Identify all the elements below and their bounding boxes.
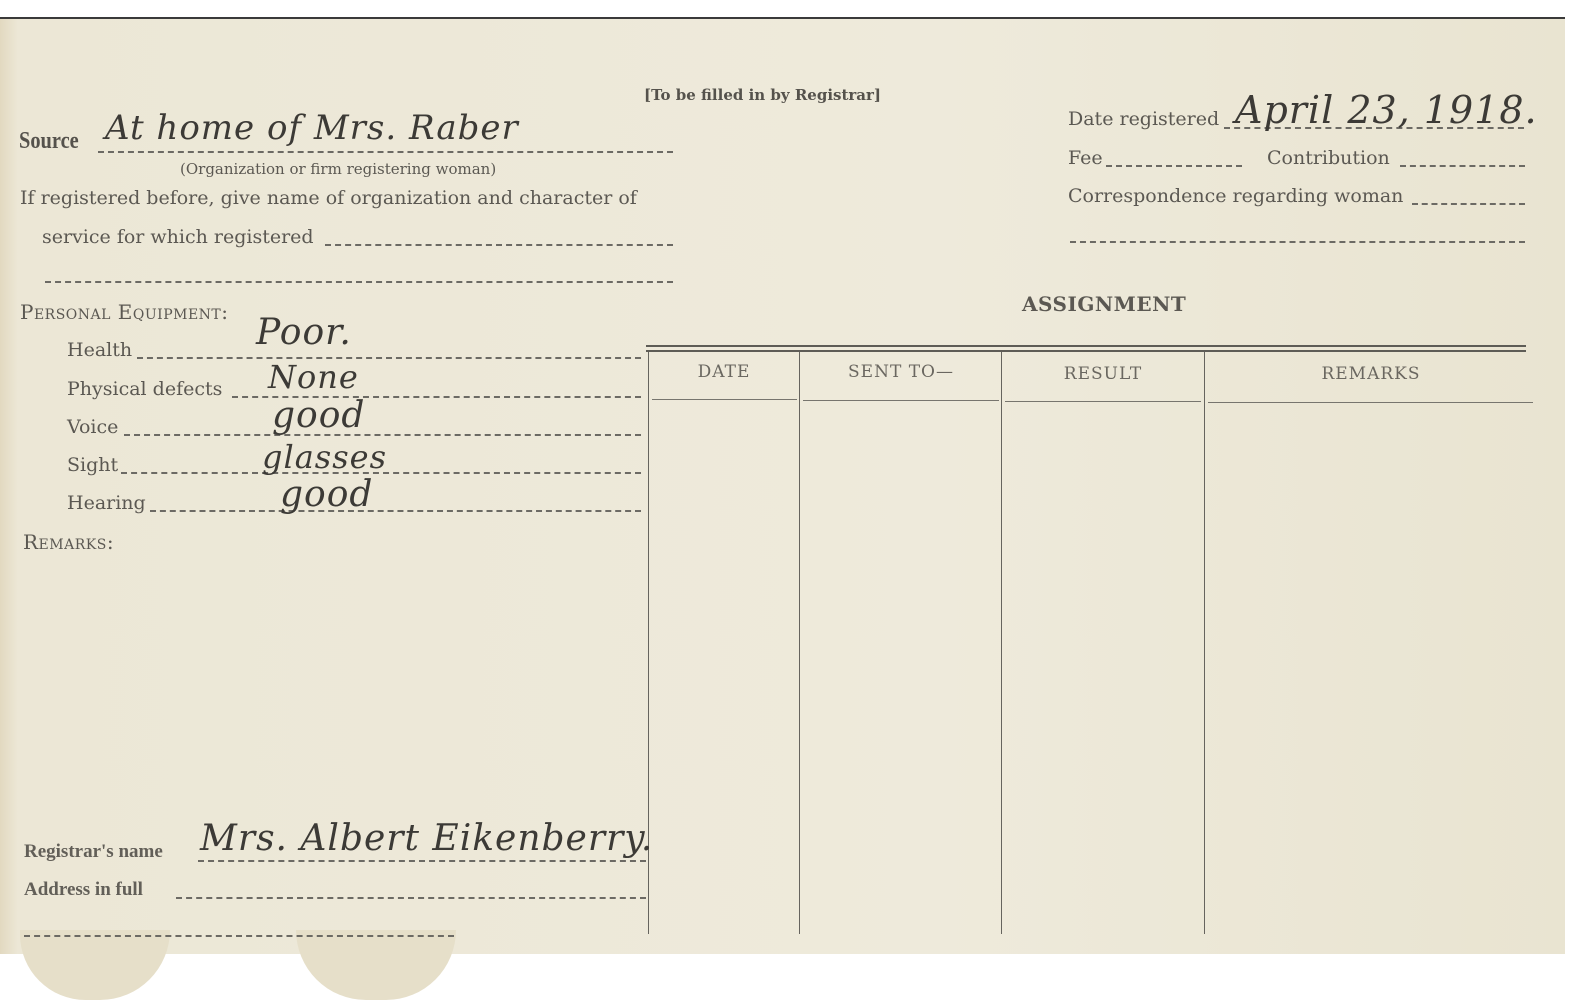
col-divider-1: [799, 352, 800, 934]
contribution-line[interactable]: [1400, 165, 1525, 167]
card-tab-right: [296, 930, 456, 1000]
col-header-sent-to: SENT TO—: [801, 362, 1001, 382]
voice-label: Voice: [67, 416, 118, 438]
assignment-title: ASSIGNMENT: [1022, 292, 1186, 316]
table-top-rule-2: [646, 350, 1526, 352]
registered-before-line-1[interactable]: [325, 244, 673, 246]
correspondence-line-2[interactable]: [1070, 241, 1525, 243]
header-underline-result: [1005, 401, 1201, 402]
table-top-rule-1: [646, 345, 1526, 347]
date-registered-value[interactable]: April 23, 1918.: [1235, 88, 1538, 132]
hearing-label: Hearing: [67, 492, 146, 514]
correspondence-line-1[interactable]: [1412, 203, 1525, 205]
voice-value[interactable]: good: [272, 395, 365, 436]
source-value[interactable]: At home of Mrs. Raber: [105, 108, 519, 148]
registered-before-label-1: If registered before, give name of organ…: [20, 187, 637, 209]
header-underline-date: [652, 399, 797, 400]
address-line-1[interactable]: [176, 897, 646, 899]
registrar-label: Registrar's name: [24, 841, 163, 863]
personal-equipment-heading: Personal Equipment:: [20, 300, 229, 324]
health-value[interactable]: Poor.: [256, 312, 352, 353]
header-underline-remarks: [1208, 402, 1533, 403]
registered-before-label-2: service for which registered: [42, 226, 314, 248]
assignment-cell-remarks[interactable]: [1206, 404, 1536, 932]
source-line: [98, 151, 673, 153]
fee-label: Fee: [1068, 147, 1103, 169]
col-header-remarks: REMARKS: [1206, 364, 1536, 384]
assignment-cell-result[interactable]: [1003, 404, 1203, 932]
card-tab-left: [20, 930, 170, 1000]
address-label: Address in full: [24, 879, 143, 901]
address-line-2[interactable]: [24, 935, 454, 937]
registered-before-line-2[interactable]: [45, 281, 673, 283]
col-divider-2: [1001, 352, 1002, 934]
col-header-date: DATE: [650, 362, 798, 382]
hearing-value[interactable]: good: [280, 474, 373, 515]
col-header-result: RESULT: [1003, 364, 1203, 384]
health-line: [137, 357, 641, 359]
source-caption: (Organization or firm registering woman): [180, 160, 496, 178]
sight-value[interactable]: glasses: [262, 438, 387, 476]
registrar-line: [198, 860, 646, 862]
source-label: Source: [19, 128, 79, 155]
remarks-heading: Remarks:: [23, 530, 114, 554]
correspondence-label: Correspondence regarding woman: [1068, 185, 1403, 207]
sight-label: Sight: [67, 454, 118, 476]
physical-defects-label: Physical defects: [67, 378, 222, 400]
date-registered-label: Date registered: [1068, 108, 1219, 130]
assignment-cell-sent-to[interactable]: [801, 404, 1000, 932]
health-label: Health: [67, 339, 132, 361]
assignment-cell-date[interactable]: [650, 404, 798, 932]
voice-line: [124, 434, 641, 436]
physical-defects-value[interactable]: None: [268, 358, 359, 396]
hearing-line: [150, 510, 641, 512]
header-note: [To be filled in by Registrar]: [644, 86, 881, 104]
registrar-value[interactable]: Mrs. Albert Eikenberry.: [200, 818, 653, 859]
contribution-label: Contribution: [1267, 147, 1390, 169]
header-underline-sent-to: [803, 400, 999, 401]
col-divider-3: [1204, 352, 1205, 934]
fee-line[interactable]: [1106, 165, 1242, 167]
